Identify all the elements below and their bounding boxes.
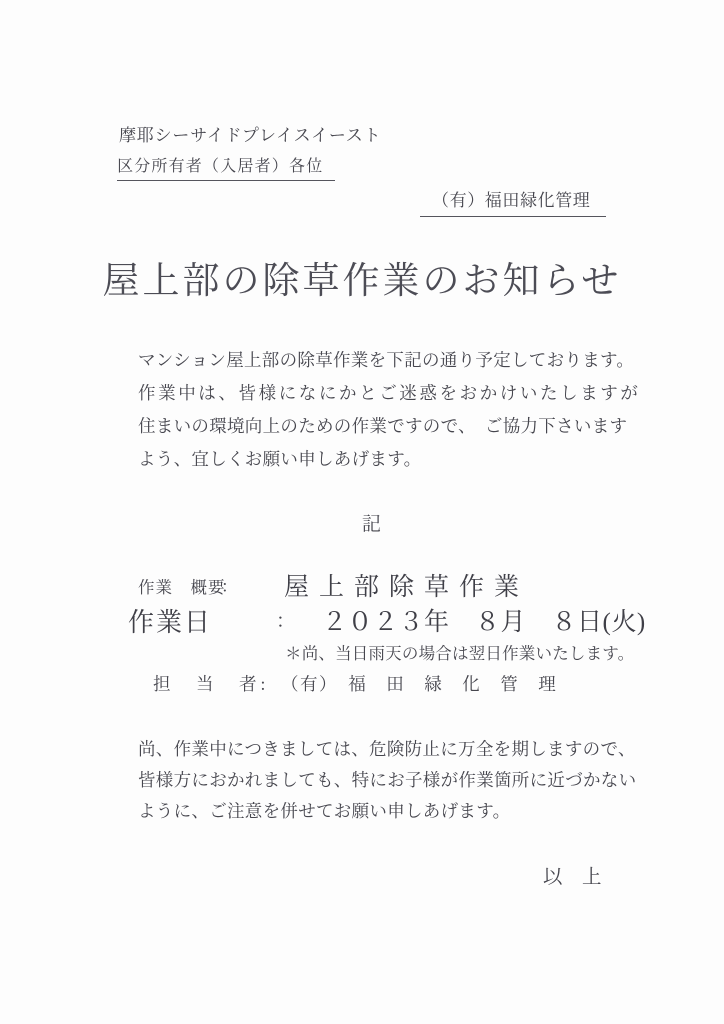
work-overview-label: 作業 概要: [138, 574, 226, 598]
intro-line-3: 住まいの環境向上のための作業ですので、 ご協力下さいます: [138, 413, 641, 446]
intro-line-2: 作業中は、皆様になにかとご迷惑をおかけいたしますが: [138, 380, 641, 413]
closing-line-1: 尚、作業中につきましては、危険防止に万全を期しますので、: [138, 736, 636, 767]
notice-document: 摩耶シーサイドプレイスイースト 区分所有者（入居者）各位 （有）福田緑化管理 屋…: [0, 0, 724, 1024]
work-overview-colon: ：: [221, 573, 238, 597]
sender-company-name: （有）福田緑化管理: [420, 186, 606, 217]
intro-line-1: マンション屋上部の除草作業を下記の通り予定しております。: [138, 347, 641, 380]
work-date-value: ２０２３年 ８月 ８日(火): [322, 602, 646, 638]
work-date-label: 作業日: [128, 602, 212, 639]
intro-line-4: よう、宜しくお願い申しあげます。: [138, 446, 641, 479]
closing-paragraph: 尚、作業中につきましては、危険防止に万全を期しますので、 皆様方におかれましても…: [138, 736, 636, 829]
rain-postponement-note: ＊尚、当日雨天の場合は翌日作業いたします。: [285, 640, 634, 664]
staff-in-charge-label: 担 当 者:: [153, 671, 269, 696]
staff-in-charge-value: （有） 福 田 緑 化 管 理: [281, 671, 557, 696]
notice-title: 屋上部の除草作業のお知らせ: [0, 250, 724, 304]
end-of-document-marker: 以 上: [543, 861, 602, 889]
recipient-building-name: 摩耶シーサイドプレイスイースト: [119, 121, 381, 146]
work-overview-value: 屋上部除草作業: [284, 567, 529, 603]
work-date-colon: ：: [276, 606, 295, 633]
record-marker: 記: [362, 509, 381, 536]
intro-paragraph: マンション屋上部の除草作業を下記の通り予定しております。 作業中は、皆様になにか…: [138, 347, 641, 479]
recipient-addressee-line: 区分所有者（入居者）各位: [117, 153, 335, 181]
closing-line-3: ように、ご注意を併せてお願い申しあげます。: [138, 798, 636, 829]
closing-line-2: 皆様方におかれましても、特にお子様が作業箇所に近づかない: [138, 767, 636, 798]
